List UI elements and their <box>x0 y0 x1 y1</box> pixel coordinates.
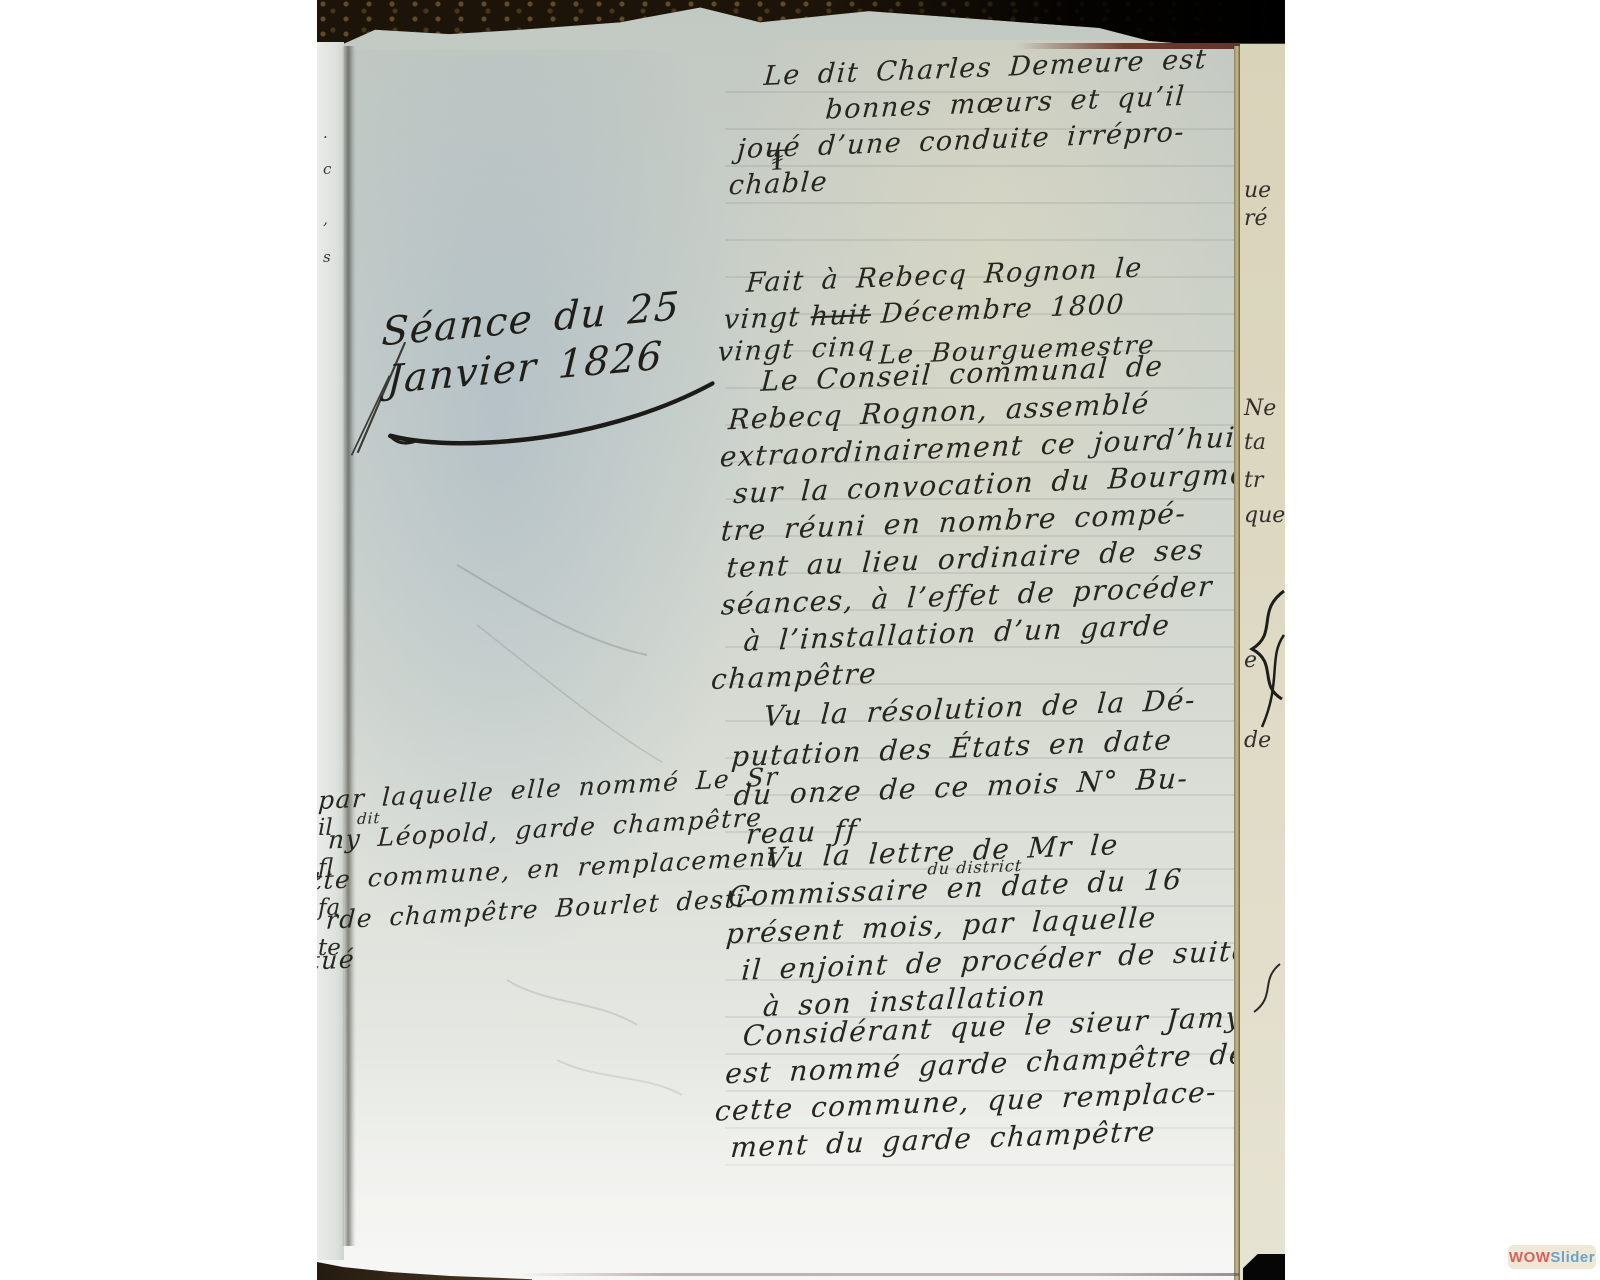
considerant-paragraph: Considérant que le sieur Jamy est nommé … <box>719 1000 1250 1169</box>
cut-text-fragment: e <box>1244 648 1257 673</box>
certificate-block: Le dit Charles Demeure est bonnes mœurs … <box>727 44 1208 207</box>
cut-text-fragment: ta <box>1244 430 1266 455</box>
letter-paragraph: du district Vu la lettre de Mr le Commis… <box>720 823 1259 1029</box>
cut-text-fragment: ‚ <box>323 210 328 228</box>
next-page-sliver: ue ré Ne ta tr que e de <box>1240 44 1285 1280</box>
date-word: vingt <box>723 302 802 336</box>
register-photo: . c ‚ s il fl fa te Séance du 25 Janvier… <box>317 0 1285 1280</box>
council-paragraph: Le Conseil communal de Rebecq Rognon, as… <box>710 345 1284 700</box>
struck-word: huit <box>810 299 872 332</box>
cut-text-fragment: s <box>323 248 331 266</box>
cut-text-fragment: de <box>1244 728 1271 753</box>
cut-text-fragment: ré <box>1244 206 1268 231</box>
gutter-shadow <box>342 46 356 1246</box>
previous-page-sliver: . c ‚ s <box>317 42 344 1260</box>
cut-text-fragment: Ne <box>1244 396 1276 421</box>
margin-note: dit par laquelle elle nommé Le Sr ny Léo… <box>317 761 798 987</box>
watermark-wow-text: WOW <box>1509 1249 1550 1266</box>
cut-text-fragment: c <box>323 160 331 178</box>
cut-text-fragment: ue <box>1244 178 1271 203</box>
table-edge-line <box>517 1273 1239 1276</box>
flourish-scribble <box>1240 956 1285 1026</box>
cut-text-fragment: . <box>323 124 328 142</box>
cut-text-fragment: que <box>1244 503 1285 528</box>
cut-text-fragment: tr <box>1244 468 1263 493</box>
paraph-mark: ₮ <box>767 142 788 178</box>
wowslider-watermark-link[interactable]: WOWSlider <box>1508 1245 1596 1269</box>
watermark-slider-text: Slider <box>1550 1249 1595 1266</box>
